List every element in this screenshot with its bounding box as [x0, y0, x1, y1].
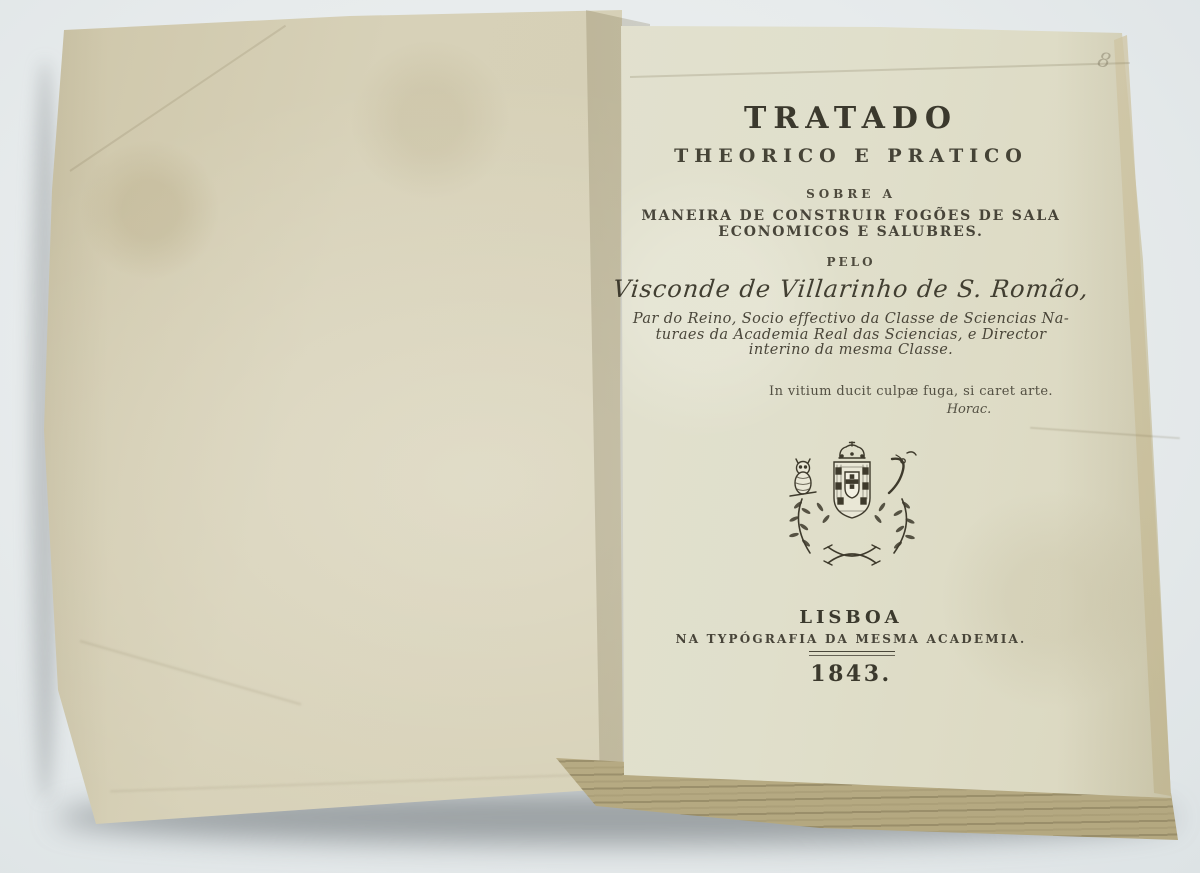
- author-titles-line-3: interino da mesma Classe.: [601, 342, 1101, 358]
- author-titles-line-2: turaes da Academia Real das Sciencias, e…: [601, 327, 1101, 343]
- author-titles-line-1: Par do Reino, Socio effectivo da Classe …: [601, 311, 1101, 327]
- imprint-year: 1843.: [601, 661, 1101, 687]
- title-page-text: TRATADO THEORICO E PRATICO SOBRE A MANEI…: [601, 0, 1101, 873]
- byline-label: PELO: [601, 255, 1101, 269]
- author-name: Visconde de Villarinho de S. Romão,: [600, 275, 1103, 303]
- imprint-double-rule: [809, 651, 895, 656]
- subject-line-1: MANEIRA DE CONSTRUIR FOGÕES DE SALA: [601, 208, 1101, 224]
- imprint-city: LISBOA: [601, 607, 1101, 628]
- book-subtitle: THEORICO E PRATICO: [601, 145, 1101, 167]
- book-photo: 8 TRATADO THEORICO E PRATICO SOBRE A MAN…: [0, 0, 1200, 873]
- book-title: TRATADO: [601, 101, 1101, 136]
- subject-connector: SOBRE A: [601, 187, 1101, 201]
- royal-coat-of-arms-icon: [776, 441, 928, 569]
- latin-epigraph: In vitium ducit culpæ fuga, si caret art…: [661, 384, 1161, 399]
- imprint-printer: NA TYPÓGRAFIA DA MESMA ACADEMIA.: [601, 632, 1101, 646]
- epigraph-attribution: Horac.: [719, 402, 1200, 417]
- subject-line-2: ECONOMICOS E SALUBRES.: [601, 224, 1101, 240]
